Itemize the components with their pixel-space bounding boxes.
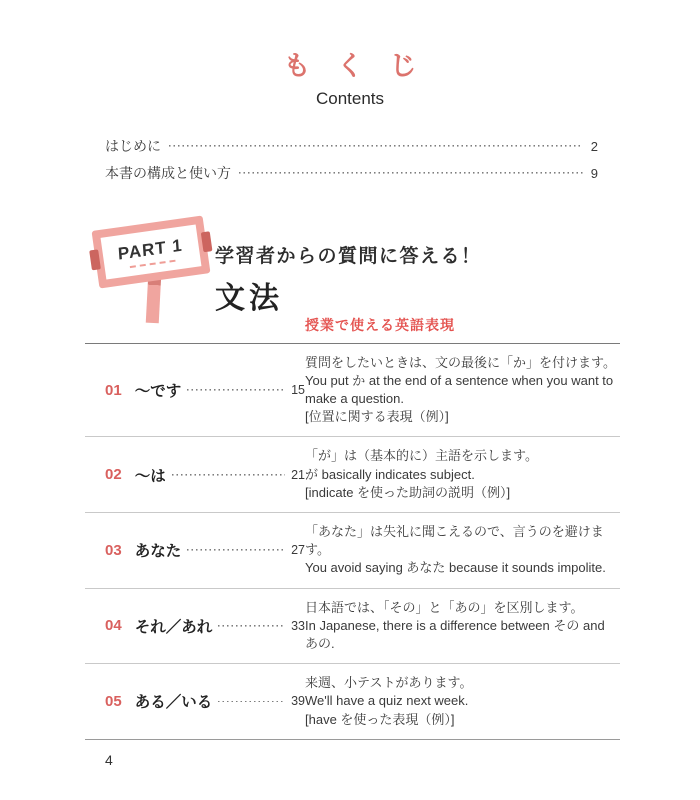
folio-page-number: 4 — [105, 752, 700, 768]
chapter-page-number: 21 — [291, 468, 305, 482]
chapter-entry: 01 〜です 15 — [85, 354, 305, 427]
page-title-japanese: もくじ — [0, 52, 700, 82]
part-1-section: PART 1 学習者からの質問に答える！ 文法 — [85, 221, 620, 311]
signboard-clip-left — [89, 249, 101, 270]
contents-page: もくじ Contents はじめに 2 本書の構成と使い方 9 PART 1 — [0, 0, 700, 800]
description-line: You put か at the end of a sentence when … — [305, 372, 618, 408]
entry-label: はじめに — [105, 136, 161, 156]
chapter-title: それ／あれ — [135, 615, 213, 637]
dot-leader — [187, 389, 285, 391]
chapter-page-number: 33 — [291, 619, 305, 633]
table-row: 04 それ／あれ 33 日本語では、「その」と「あの」を区別します。 In Ja… — [85, 589, 620, 665]
chapter-number: 01 — [105, 382, 122, 399]
chapter-entry: 05 ある／いる 39 — [85, 674, 305, 729]
signboard: PART 1 — [92, 215, 211, 288]
signboard-clip-right — [201, 231, 213, 252]
description-line: が basically indicates subject. — [305, 466, 618, 484]
description-line: 「が」は（基本的に）主語を示します。 — [305, 447, 618, 465]
chapter-number: 04 — [105, 617, 122, 634]
description-line: [indicate を使った助詞の説明（例）] — [305, 484, 618, 502]
description-line: 来週、小テストがあります。 — [305, 674, 618, 692]
front-matter-entry-hajimeni: はじめに 2 — [85, 133, 620, 160]
dot-leader — [218, 625, 285, 627]
entry-page-number: 2 — [591, 139, 598, 154]
chapter-title: 〜は — [135, 464, 166, 486]
chapter-title: 〜です — [135, 379, 182, 401]
chapter-entry: 03 あなた 27 — [85, 523, 305, 578]
dot-leader — [218, 700, 285, 702]
table-row: 01 〜です 15 質問をしたいときは、文の最後に「か」を付けます。 You p… — [85, 344, 620, 438]
chapter-page-number: 27 — [291, 543, 305, 557]
chapter-title: ある／いる — [135, 690, 213, 712]
entry-label: 本書の構成と使い方 — [105, 163, 231, 183]
front-matter-list: はじめに 2 本書の構成と使い方 9 — [85, 133, 620, 187]
chapter-description: 来週、小テストがあります。 We'll have a quiz next wee… — [305, 674, 620, 729]
table-row: 05 ある／いる 39 来週、小テストがあります。 We'll have a q… — [85, 664, 620, 740]
part-subtitle: 学習者からの質問に答える！ — [215, 241, 620, 268]
description-line: 質問をしたいときは、文の最後に「か」を付けます。 — [305, 354, 618, 372]
description-line: [位置に関する表現（例）] — [305, 408, 618, 426]
description-line: 日本語では、「その」と「あの」を区別します。 — [305, 599, 618, 617]
chapter-page-number: 39 — [291, 694, 305, 708]
table-row: 02 〜は 21 「が」は（基本的に）主語を示します。 が basically … — [85, 437, 620, 513]
entry-page-number: 9 — [591, 166, 598, 181]
description-line: You avoid saying あなた because it sounds i… — [305, 559, 618, 577]
dot-leader — [169, 145, 583, 147]
description-line: [have を使った表現（例）] — [305, 711, 618, 729]
description-line: We'll have a quiz next week. — [305, 692, 618, 710]
dot-leader — [172, 474, 285, 476]
table-row: 03 あなた 27 「あなた」は失礼に聞こえるので、言うのを避けます。 You … — [85, 513, 620, 589]
chapter-description: 日本語では、「その」と「あの」を区別します。 In Japanese, ther… — [305, 599, 620, 654]
part-1-signboard: PART 1 — [87, 217, 237, 329]
part-title: 文法 — [215, 273, 620, 317]
chapter-description: 「が」は（基本的に）主語を示します。 が basically indicates… — [305, 447, 620, 502]
chapter-description: 質問をしたいときは、文の最後に「か」を付けます。 You put か at th… — [305, 354, 620, 427]
chapter-title: あなた — [135, 539, 182, 561]
chapter-number: 05 — [105, 693, 122, 710]
page-title-english: Contents — [0, 89, 700, 109]
page-header: もくじ Contents — [0, 0, 700, 109]
chapter-number: 02 — [105, 466, 122, 483]
chapter-description: 「あなた」は失礼に聞こえるので、言うのを避けます。 You avoid sayi… — [305, 523, 620, 578]
chapter-page-number: 15 — [291, 383, 305, 397]
chapter-entry: 02 〜は 21 — [85, 447, 305, 502]
chapter-table: 授業で使える英語表現 01 〜です 15 質問をしたいときは、文の最後に「か」を… — [85, 311, 620, 740]
chapter-number: 03 — [105, 542, 122, 559]
front-matter-entry-kousei: 本書の構成と使い方 9 — [85, 160, 620, 187]
part-heading: 学習者からの質問に答える！ 文法 — [215, 221, 620, 317]
dot-leader — [239, 172, 583, 174]
dot-leader — [187, 549, 285, 551]
signboard-frame: PART 1 — [92, 215, 211, 288]
description-line: In Japanese, there is a difference betwe… — [305, 617, 618, 653]
chapter-entry: 04 それ／あれ 33 — [85, 599, 305, 654]
description-line: 「あなた」は失礼に聞こえるので、言うのを避けます。 — [305, 523, 618, 559]
